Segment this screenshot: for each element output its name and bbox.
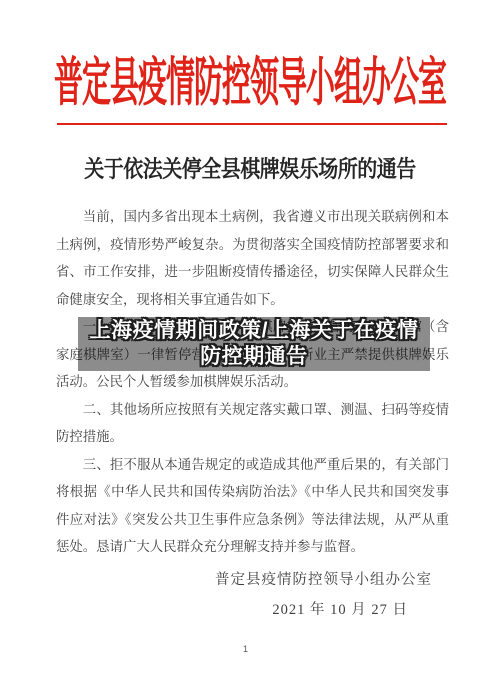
caption-line-2: 防控期通告 [200, 344, 308, 370]
notice-title: 关于依法关停全县棋牌娱乐场所的通告 [0, 150, 500, 183]
notice-body: 当前，国内多省出现本土病例，我省遵义市出现关联病例和本土病例，疫情形势严峻复杂。… [56, 203, 449, 561]
caption-line-1: 上海疫情期间政策/上海关于在疫情 [90, 318, 419, 344]
scanned-notice-page: 普定县疫情防控领导小组办公室 关于依法关停全县棋牌娱乐场所的通告 当前，国内多省… [0, 0, 500, 686]
notice-paragraph-item3: 三、拒不服从本通告规定的或造成其他严重后果的，有关部门将根据《中华人民共和国传染… [56, 451, 449, 561]
notice-paragraph-item2: 二、其他场所应按照有关规定落实戴口罩、测温、扫码等疫情防控措施。 [56, 396, 449, 451]
notice-date: 2021 年 10 月 27 日 [272, 598, 408, 619]
notice-paragraph-intro: 当前，国内多省出现本土病例，我省遵义市出现关联病例和本土病例，疫情形势严峻复杂。… [56, 203, 449, 313]
letterhead-agency-name: 普定县疫情防控领导小组办公室 [54, 42, 446, 116]
caption-watermark-overlay: 上海疫情期间政策/上海关于在疫情 防控期通告 [78, 317, 430, 371]
letterhead: 普定县疫情防控领导小组办公室 [0, 46, 500, 116]
notice-signature: 普定县疫情防控领导小组办公室 [215, 568, 432, 589]
letterhead-divider [57, 123, 447, 125]
page-number: 1 [243, 644, 248, 654]
